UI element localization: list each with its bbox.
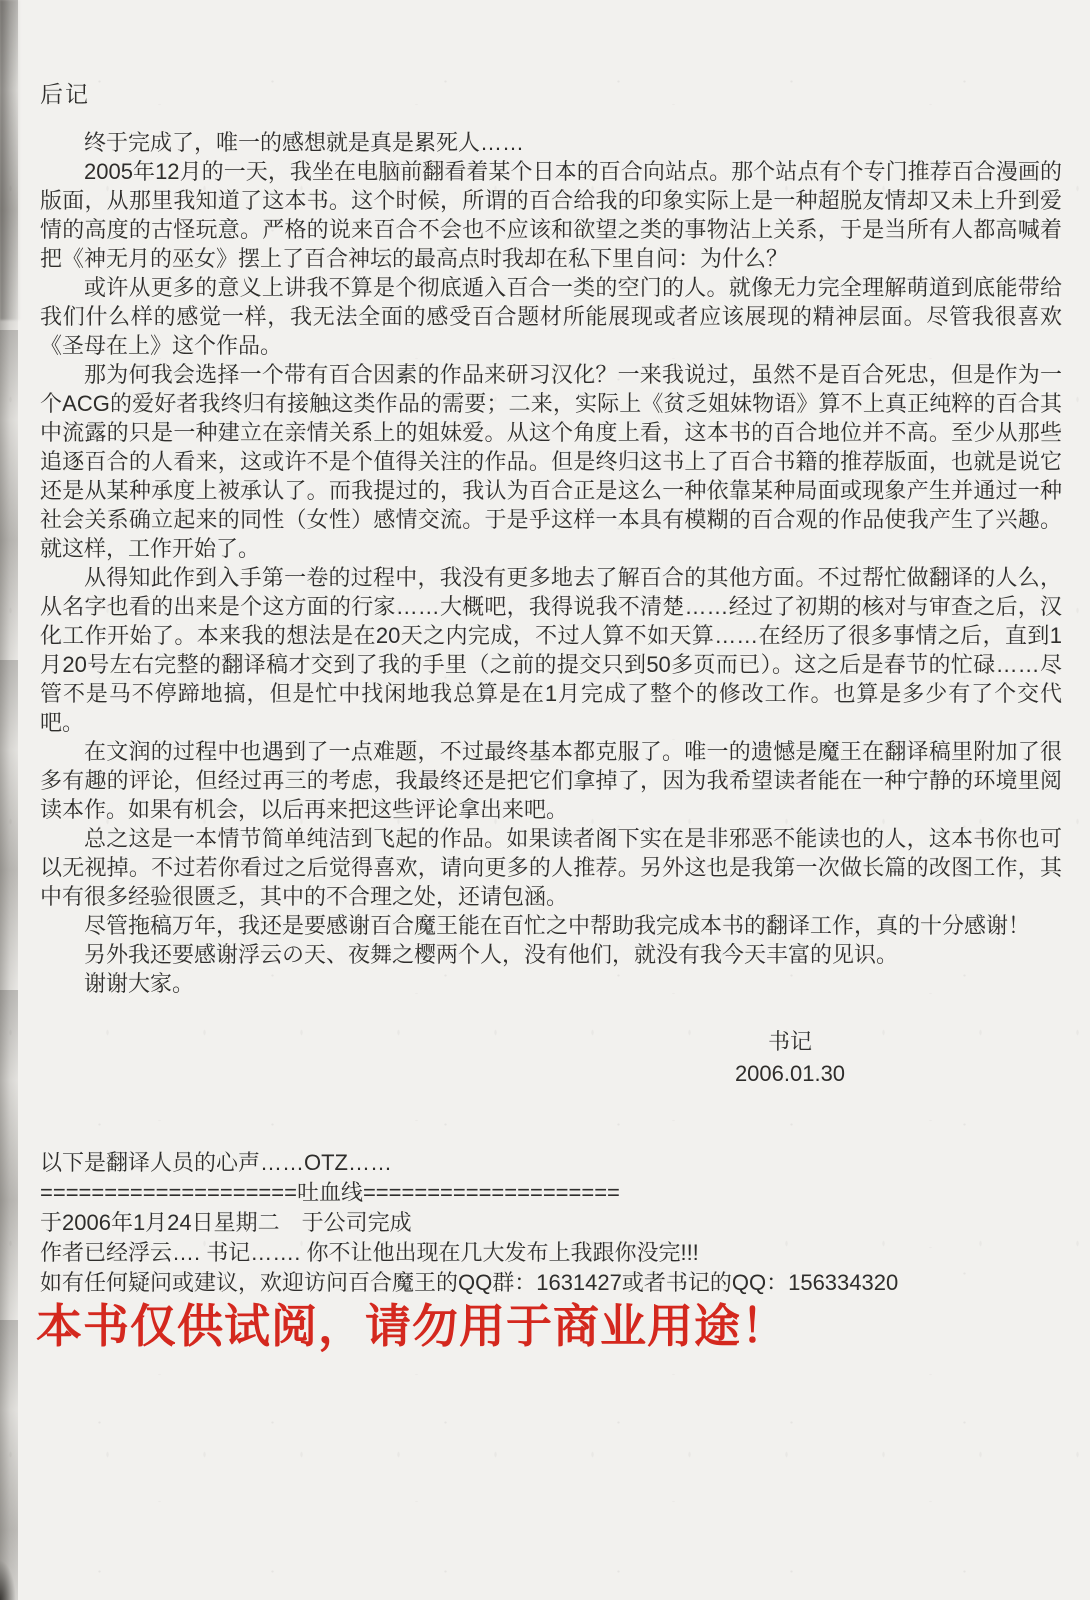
signature-date: 2006.01.30 <box>726 1058 854 1090</box>
translator-note-line: 于2006年1月24日星期二 于公司完成 <box>40 1208 1070 1238</box>
afterword-paragraph: 那为何我会选择一个带有百合因素的作品来研习汉化？一来我说过，虽然不是百合死忠，但… <box>40 360 1062 563</box>
translator-note-line: ====================吐血线=================… <box>40 1178 1070 1208</box>
translator-note-line: 作者已经浮云…. 书记……. 你不让他出现在几大发布上我跟你没完!!! <box>40 1238 1070 1268</box>
afterword-paragraph: 谢谢大家。 <box>40 969 1062 998</box>
afterword-paragraph: 总之这是一本情节简单纯洁到飞起的作品。如果读者阁下实在是非邪恶不能读也的人，这本… <box>40 824 1062 911</box>
afterword-paragraph: 2005年12月的一天，我坐在电脑前翻看着某个日本的百合向站点。那个站点有个专门… <box>40 157 1062 273</box>
page-title: 后记 <box>40 76 90 109</box>
translator-notes: 以下是翻译人员的心声……OTZ……====================吐血线… <box>40 1148 1070 1298</box>
afterword-paragraph: 或许从更多的意义上讲我不算是个彻底遁入百合一类的空门的人。就像无力完全理解萌道到… <box>40 273 1062 360</box>
scan-artifact-top-left <box>0 0 26 320</box>
signature-block: 书记 2006.01.30 <box>726 1026 854 1090</box>
afterword-paragraph: 在文润的过程中也遇到了一点难题，不过最终基本都克服了。唯一的遗憾是魔王在翻译稿里… <box>40 737 1062 824</box>
signature-name: 书记 <box>726 1026 854 1058</box>
afterword-paragraph: 另外我还要感谢浮云の天、夜舞之樱两个人，没有他们，就没有我今天丰富的见识。 <box>40 940 1062 969</box>
scan-artifact-bottom-left <box>0 1560 16 1600</box>
afterword-paragraph: 从得知此作到入手第一卷的过程中，我没有更多地去了解百合的其他方面。不过帮忙做翻译… <box>40 563 1062 737</box>
afterword-paragraph: 尽管拖稿万年，我还是要感谢百合魔王能在百忙之中帮助我完成本书的翻译工作，真的十分… <box>40 911 1062 940</box>
afterword-paragraph: 终于完成了，唯一的感想就是真是累死人…… <box>40 128 1062 157</box>
afterword-body: 终于完成了，唯一的感想就是真是累死人……2005年12月的一天，我坐在电脑前翻看… <box>40 128 1062 998</box>
commercial-use-notice: 本书仅供试阅，请勿用于商业用途！ <box>36 1290 1066 1356</box>
translator-note-line: 以下是翻译人员的心声……OTZ…… <box>40 1148 1070 1178</box>
scanned-afterword-page: { "page": { "title": "后记", "paragraphs":… <box>0 0 1090 1600</box>
